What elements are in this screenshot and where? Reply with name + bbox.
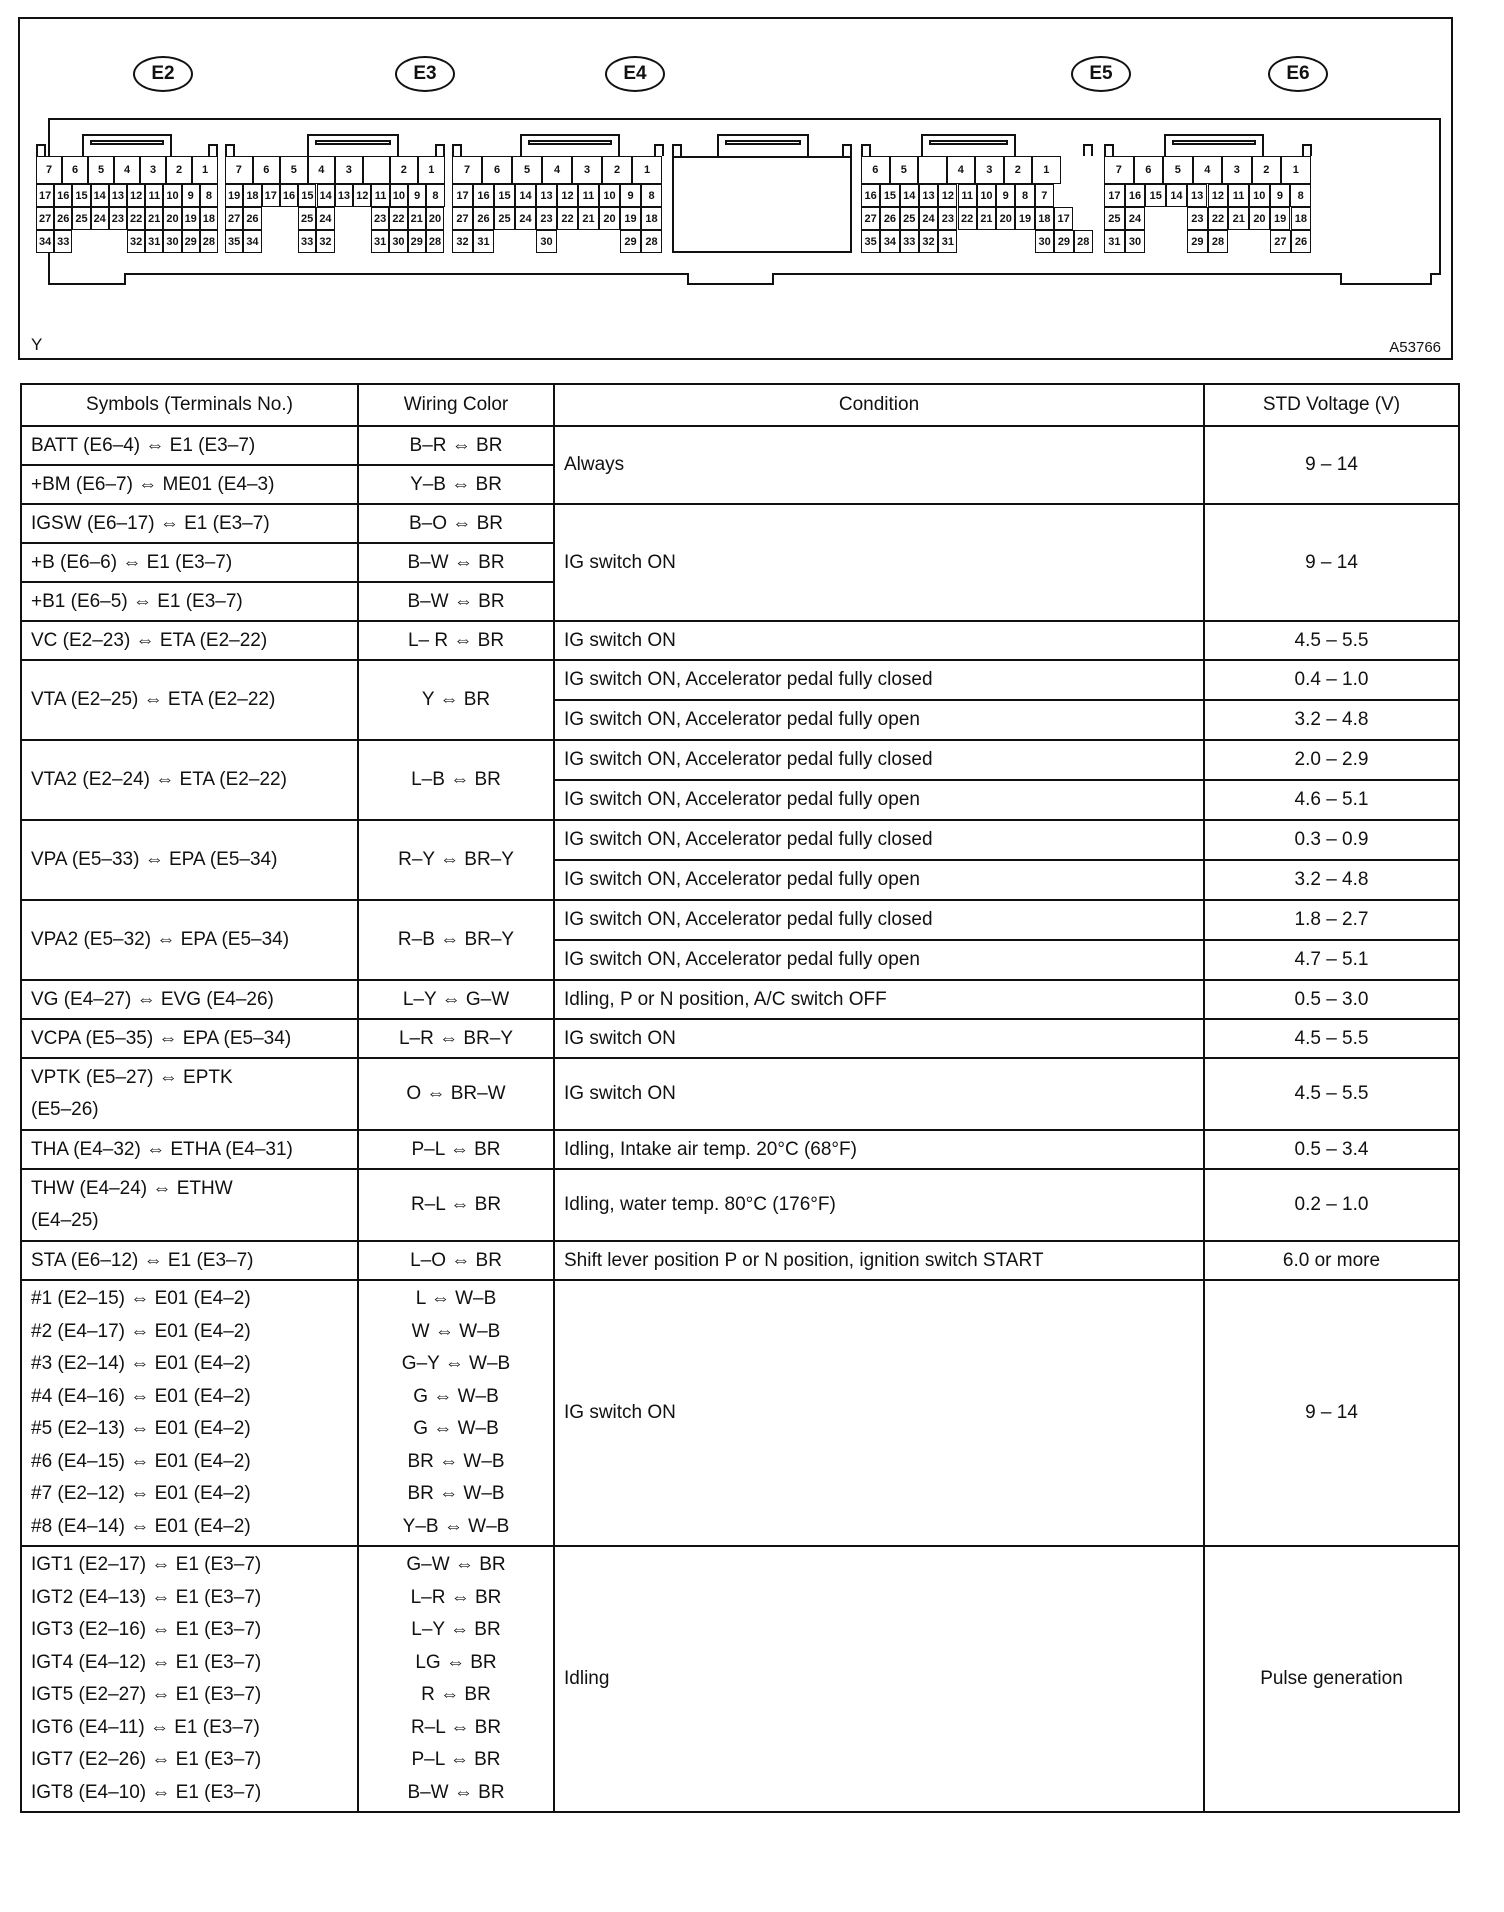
wiring-color-item: R ⇔ BR bbox=[368, 1679, 544, 1712]
terminal-pin: 5 bbox=[512, 156, 542, 184]
terminal-pin: 26 bbox=[243, 207, 261, 230]
terminal-pin: 29 bbox=[1187, 230, 1208, 253]
terminal-pin: 32 bbox=[316, 230, 334, 253]
connector-ear bbox=[225, 144, 235, 156]
connector-latch bbox=[520, 134, 620, 156]
terminal-pin: 24 bbox=[515, 207, 536, 230]
wiring-color-cell: L–Y ⇔ G–W bbox=[358, 980, 554, 1019]
terminal-pin: 27 bbox=[1270, 230, 1291, 253]
terminal-pin: 18 bbox=[1291, 207, 1312, 230]
table-row: VC (E2–23) ⇔ ETA (E2–22)L– R ⇔ BRIG swit… bbox=[21, 621, 1459, 660]
voltage-cell: 4.5 – 5.5 bbox=[1204, 1058, 1459, 1130]
terminal-pin: 6 bbox=[482, 156, 512, 184]
terminal-pin: 17 bbox=[262, 184, 280, 207]
wiring-color-cell: R–L ⇔ BR bbox=[358, 1169, 554, 1241]
condition-cell: IG switch ON bbox=[554, 504, 1204, 621]
terminal-pin: 8 bbox=[426, 184, 444, 207]
voltage-cell: 9 – 14 bbox=[1204, 1280, 1459, 1546]
terminal-pin: 10 bbox=[390, 184, 408, 207]
terminal-pin: 14 bbox=[900, 184, 919, 207]
connector-tag-e6: E6 bbox=[1268, 56, 1328, 92]
terminal-pin: 1 bbox=[192, 156, 218, 184]
symbol-cell: VTA (E2–25) ⇔ ETA (E2–22) bbox=[21, 660, 358, 740]
table-row: VPA2 (E5–32) ⇔ EPA (E5–34)R–B ⇔ BR–YIG s… bbox=[21, 900, 1459, 940]
terminal-pin: 18 bbox=[1035, 207, 1054, 230]
terminal-pin: 28 bbox=[426, 230, 444, 253]
terminal-pin: 22 bbox=[389, 207, 407, 230]
terminal-pin: 1 bbox=[632, 156, 662, 184]
terminal-pin: 7 bbox=[225, 156, 253, 184]
blank-connector-block bbox=[672, 134, 852, 274]
terminal-pin: 21 bbox=[1228, 207, 1249, 230]
symbol-cell: BATT (E6–4) ⇔ E1 (E3–7) bbox=[21, 426, 358, 465]
symbol-item: #3 (E2–14) ⇔ E01 (E4–2) bbox=[31, 1348, 348, 1381]
terminal-pin: 3 bbox=[975, 156, 1004, 184]
wiring-color-list: G–W ⇔ BRL–R ⇔ BRL–Y ⇔ BRLG ⇔ BRR ⇔ BRR–L… bbox=[358, 1546, 554, 1812]
wiring-color-list: L ⇔ W–BW ⇔ W–BG–Y ⇔ W–BG ⇔ W–BG ⇔ W–BBR … bbox=[358, 1280, 554, 1546]
terminal-pin: 2 bbox=[602, 156, 632, 184]
condition-cell: Idling, water temp. 80°C (176°F) bbox=[554, 1169, 1204, 1241]
condition-cell: Shift lever position P or N position, ig… bbox=[554, 1241, 1204, 1280]
connector-tag-e3: E3 bbox=[395, 56, 455, 92]
terminal-pin: 21 bbox=[408, 207, 426, 230]
wiring-color-cell: B–O ⇔ BR bbox=[358, 504, 554, 543]
symbol-cell: VPA (E5–33) ⇔ EPA (E5–34) bbox=[21, 820, 358, 900]
connector-ear bbox=[208, 144, 218, 156]
terminal-pin: 28 bbox=[1074, 230, 1093, 253]
terminal-pin: 24 bbox=[91, 207, 109, 230]
condition-cell: Idling bbox=[554, 1546, 1204, 1812]
wiring-color-item: B–W ⇔ BR bbox=[368, 1777, 544, 1810]
wiring-color-cell: B–W ⇔ BR bbox=[358, 582, 554, 621]
wiring-color-item: L ⇔ W–B bbox=[368, 1283, 544, 1316]
terminal-pin: 14 bbox=[317, 184, 335, 207]
condition-cell: Idling, P or N position, A/C switch OFF bbox=[554, 980, 1204, 1019]
figure-code: A53766 bbox=[1389, 339, 1441, 356]
terminal-pin: 27 bbox=[225, 207, 243, 230]
table-row: VPTK (E5–27) ⇔ EPTK (E5–26)O ⇔ BR–WIG sw… bbox=[21, 1058, 1459, 1130]
terminal-pin: 2 bbox=[166, 156, 192, 184]
voltage-cell: 1.8 – 2.7 bbox=[1204, 900, 1459, 940]
symbol-cell: VTA2 (E2–24) ⇔ ETA (E2–22) bbox=[21, 740, 358, 820]
symbol-item: #8 (E4–14) ⇔ E01 (E4–2) bbox=[31, 1511, 348, 1544]
symbol-cell: VCPA (E5–35) ⇔ EPA (E5–34) bbox=[21, 1019, 358, 1058]
terminal-pin: 4 bbox=[542, 156, 572, 184]
terminal-pin: 20 bbox=[599, 207, 620, 230]
wiring-color-item: W ⇔ W–B bbox=[368, 1316, 544, 1349]
symbol-list: IGT1 (E2–17) ⇔ E1 (E3–7)IGT2 (E4–13) ⇔ E… bbox=[21, 1546, 358, 1812]
connector-ear bbox=[654, 144, 664, 156]
terminal-pin: 2 bbox=[1252, 156, 1282, 184]
terminal-pin: 19 bbox=[182, 207, 200, 230]
symbol-item: IGT7 (E2–26) ⇔ E1 (E3–7) bbox=[31, 1744, 348, 1777]
terminal-pin: 22 bbox=[1208, 207, 1229, 230]
terminal-pin: 12 bbox=[557, 184, 578, 207]
connector-latch bbox=[717, 134, 809, 156]
terminal-pin: 14 bbox=[515, 184, 536, 207]
terminal-pin: 18 bbox=[200, 207, 218, 230]
symbol-list: #1 (E2–15) ⇔ E01 (E4–2)#2 (E4–17) ⇔ E01 … bbox=[21, 1280, 358, 1546]
terminal-pin: 13 bbox=[109, 184, 127, 207]
terminal-pin: 26 bbox=[1291, 230, 1312, 253]
terminal-pin: 18 bbox=[243, 184, 261, 207]
terminal-pin: 21 bbox=[977, 207, 996, 230]
symbol-cell: VPTK (E5–27) ⇔ EPTK (E5–26) bbox=[21, 1058, 358, 1130]
voltage-cell: 0.5 – 3.0 bbox=[1204, 980, 1459, 1019]
terminal-pin: 22 bbox=[958, 207, 977, 230]
terminal-pin: 10 bbox=[977, 184, 996, 207]
wiring-color-item: Y–B ⇔ W–B bbox=[368, 1511, 544, 1544]
symbol-item: IGT5 (E2–27) ⇔ E1 (E3–7) bbox=[31, 1679, 348, 1712]
connector-latch bbox=[1164, 134, 1264, 156]
connector-ear bbox=[36, 144, 46, 156]
terminal-pin: 22 bbox=[127, 207, 145, 230]
terminal-pin: 3 bbox=[572, 156, 602, 184]
terminal-pin: 9 bbox=[1270, 184, 1291, 207]
table-row: VTA2 (E2–24) ⇔ ETA (E2–22)L–B ⇔ BRIG swi… bbox=[21, 740, 1459, 780]
terminal-pin: 32 bbox=[127, 230, 145, 253]
wiring-color-cell: Y ⇔ BR bbox=[358, 660, 554, 740]
terminal-pin: 23 bbox=[536, 207, 557, 230]
connector-e3: 7654321191817161514131211109827262524232… bbox=[225, 134, 445, 274]
terminal-pin: 19 bbox=[620, 207, 641, 230]
condition-cell: Always bbox=[554, 426, 1204, 504]
terminal-pin: 16 bbox=[861, 184, 880, 207]
wiring-color-cell: L–O ⇔ BR bbox=[358, 1241, 554, 1280]
terminal-pin: 26 bbox=[473, 207, 494, 230]
symbol-cell: STA (E6–12) ⇔ E1 (E3–7) bbox=[21, 1241, 358, 1280]
symbol-cell: THW (E4–24) ⇔ ETHW (E4–25) bbox=[21, 1169, 358, 1241]
terminal-pin: 21 bbox=[145, 207, 163, 230]
terminal-pin: 5 bbox=[890, 156, 919, 184]
condition-cell: IG switch ON, Accelerator pedal fully cl… bbox=[554, 740, 1204, 780]
symbol-cell: +BM (E6–7) ⇔ ME01 (E4–3) bbox=[21, 465, 358, 504]
terminal-pin: 9 bbox=[408, 184, 426, 207]
voltage-cell: 4.5 – 5.5 bbox=[1204, 621, 1459, 660]
table-row: VCPA (E5–35) ⇔ EPA (E5–34)L–R ⇔ BR–YIG s… bbox=[21, 1019, 1459, 1058]
terminal-pin: 34 bbox=[880, 230, 899, 253]
terminal-pin: 11 bbox=[145, 184, 163, 207]
condition-cell: IG switch ON, Accelerator pedal fully op… bbox=[554, 940, 1204, 980]
terminal-pin: 4 bbox=[308, 156, 336, 184]
connector-e2: 7654321171615141312111098272625242322212… bbox=[36, 134, 218, 274]
terminal-pin: 15 bbox=[494, 184, 515, 207]
voltage-cell: 3.2 – 4.8 bbox=[1204, 700, 1459, 740]
terminal-pin: 33 bbox=[54, 230, 72, 253]
symbol-cell: +B1 (E6–5) ⇔ E1 (E3–7) bbox=[21, 582, 358, 621]
terminal-pin: 10 bbox=[599, 184, 620, 207]
connector-ear bbox=[452, 144, 462, 156]
terminal-pin: 19 bbox=[1270, 207, 1291, 230]
terminal-pin: 7 bbox=[1104, 156, 1134, 184]
connector-tag-e5: E5 bbox=[1071, 56, 1131, 92]
symbol-cell: THA (E4–32) ⇔ ETHA (E4–31) bbox=[21, 1130, 358, 1169]
connector-e4: 7654321171615141312111098272625242322212… bbox=[452, 134, 664, 274]
voltage-cell: 0.5 – 3.4 bbox=[1204, 1130, 1459, 1169]
wiring-color-cell: L–B ⇔ BR bbox=[358, 740, 554, 820]
terminal-pin: 22 bbox=[557, 207, 578, 230]
connector-ear bbox=[842, 144, 852, 156]
wiring-color-item: G–W ⇔ BR bbox=[368, 1549, 544, 1582]
wiring-color-cell: L–R ⇔ BR–Y bbox=[358, 1019, 554, 1058]
terminal-pin: 15 bbox=[1145, 184, 1166, 207]
terminal-pin: 32 bbox=[919, 230, 938, 253]
voltage-cell: 3.2 – 4.8 bbox=[1204, 860, 1459, 900]
connector-latch bbox=[307, 134, 399, 156]
terminal-pin: 12 bbox=[1208, 184, 1229, 207]
terminal-pin: 5 bbox=[280, 156, 308, 184]
terminal-pin: 8 bbox=[1290, 184, 1311, 207]
voltage-cell: 4.7 – 5.1 bbox=[1204, 940, 1459, 980]
voltage-cell: 4.5 – 5.5 bbox=[1204, 1019, 1459, 1058]
voltage-cell: 4.6 – 5.1 bbox=[1204, 780, 1459, 820]
wiring-color-cell: R–Y ⇔ BR–Y bbox=[358, 820, 554, 900]
terminal-pin: 11 bbox=[958, 184, 977, 207]
voltage-cell: Pulse generation bbox=[1204, 1546, 1459, 1812]
terminal-pin: 11 bbox=[371, 184, 389, 207]
housing-tab bbox=[48, 273, 126, 285]
symbol-item: IGT8 (E4–10) ⇔ E1 (E3–7) bbox=[31, 1777, 348, 1810]
terminal-pin: 17 bbox=[1104, 184, 1125, 207]
wiring-color-item: R–L ⇔ BR bbox=[368, 1712, 544, 1745]
wiring-color-item: G–Y ⇔ W–B bbox=[368, 1348, 544, 1381]
terminal-pin: 8 bbox=[1015, 184, 1034, 207]
terminal-pin: 30 bbox=[1125, 230, 1146, 253]
terminal-pin: 4 bbox=[114, 156, 140, 184]
terminal-pin: 7 bbox=[452, 156, 482, 184]
wiring-color-item: G ⇔ W–B bbox=[368, 1413, 544, 1446]
terminal-pin: 29 bbox=[408, 230, 426, 253]
terminal-pin: 15 bbox=[880, 184, 899, 207]
table-body: BATT (E6–4) ⇔ E1 (E3–7)B–R ⇔ BRAlways9 –… bbox=[21, 426, 1459, 1812]
terminal-pin: 30 bbox=[536, 230, 557, 253]
condition-cell: IG switch ON, Accelerator pedal fully cl… bbox=[554, 660, 1204, 700]
table-row: VPA (E5–33) ⇔ EPA (E5–34)R–Y ⇔ BR–YIG sw… bbox=[21, 820, 1459, 860]
connector-tag-e2: E2 bbox=[133, 56, 193, 92]
terminal-pin: 1 bbox=[418, 156, 446, 184]
terminal-pin: 31 bbox=[938, 230, 957, 253]
terminal-pin: 10 bbox=[163, 184, 181, 207]
terminal-pin: 20 bbox=[996, 207, 1015, 230]
terminal-pin: 23 bbox=[938, 207, 957, 230]
terminal-pin: 20 bbox=[426, 207, 444, 230]
terminal-pin: 1 bbox=[1281, 156, 1311, 184]
terminal-pin: 20 bbox=[163, 207, 181, 230]
wiring-color-item: G ⇔ W–B bbox=[368, 1381, 544, 1414]
housing-tab bbox=[687, 273, 774, 285]
terminal-pin: 33 bbox=[900, 230, 919, 253]
terminal-pin: 17 bbox=[1054, 207, 1073, 230]
wiring-color-item: BR ⇔ W–B bbox=[368, 1446, 544, 1479]
wiring-color-cell: B–W ⇔ BR bbox=[358, 543, 554, 582]
terminal-pin: 23 bbox=[109, 207, 127, 230]
header-symbols: Symbols (Terminals No.) bbox=[21, 384, 358, 426]
terminal-pin: 24 bbox=[316, 207, 334, 230]
terminal-pin: 13 bbox=[1187, 184, 1208, 207]
connector-diagram: E2 E3 E4 E5 E6 7654321171615141312111098… bbox=[18, 17, 1453, 360]
terminal-pin: 25 bbox=[72, 207, 90, 230]
condition-cell: IG switch ON bbox=[554, 1058, 1204, 1130]
terminal-pin: 11 bbox=[1228, 184, 1249, 207]
symbol-item: #2 (E4–17) ⇔ E01 (E4–2) bbox=[31, 1316, 348, 1349]
symbol-item: IGT1 (E2–17) ⇔ E1 (E3–7) bbox=[31, 1549, 348, 1582]
terminal-pin: 24 bbox=[1125, 207, 1146, 230]
voltage-cell: 2.0 – 2.9 bbox=[1204, 740, 1459, 780]
symbol-cell: IGSW (E6–17) ⇔ E1 (E3–7) bbox=[21, 504, 358, 543]
wiring-color-item: L–R ⇔ BR bbox=[368, 1582, 544, 1615]
condition-cell: IG switch ON bbox=[554, 1019, 1204, 1058]
terminal-pin: 19 bbox=[225, 184, 243, 207]
terminal-pin: 30 bbox=[389, 230, 407, 253]
terminal-pin: 4 bbox=[947, 156, 976, 184]
connector-ear bbox=[1302, 144, 1312, 156]
terminal-pin: 10 bbox=[1249, 184, 1270, 207]
terminal-pin: 25 bbox=[494, 207, 515, 230]
connector-e6: 7654321171615141312111098252423222120191… bbox=[1104, 134, 1312, 274]
wiring-color-cell: L– R ⇔ BR bbox=[358, 621, 554, 660]
condition-cell: IG switch ON, Accelerator pedal fully op… bbox=[554, 780, 1204, 820]
terminal-pin: 31 bbox=[145, 230, 163, 253]
terminal-pin: 24 bbox=[919, 207, 938, 230]
condition-cell: IG switch ON, Accelerator pedal fully cl… bbox=[554, 900, 1204, 940]
terminal-pin: 2 bbox=[390, 156, 418, 184]
wiring-color-cell: R–B ⇔ BR–Y bbox=[358, 900, 554, 980]
terminal-pin: 29 bbox=[182, 230, 200, 253]
terminal-pin: 14 bbox=[91, 184, 109, 207]
terminal-pin: 1 bbox=[1032, 156, 1061, 184]
terminal-pin: 6 bbox=[62, 156, 88, 184]
terminal-pin: 16 bbox=[54, 184, 72, 207]
symbol-item: #5 (E2–13) ⇔ E01 (E4–2) bbox=[31, 1413, 348, 1446]
voltage-cell: 0.2 – 1.0 bbox=[1204, 1169, 1459, 1241]
terminal-pin: 29 bbox=[620, 230, 641, 253]
connector-latch bbox=[921, 134, 1016, 156]
symbol-item: IGT4 (E4–12) ⇔ E1 (E3–7) bbox=[31, 1647, 348, 1680]
ignition-block: IGT1 (E2–17) ⇔ E1 (E3–7)IGT2 (E4–13) ⇔ E… bbox=[21, 1546, 1459, 1812]
terminal-pin: 17 bbox=[36, 184, 54, 207]
header-condition: Condition bbox=[554, 384, 1204, 426]
terminal-pin: 31 bbox=[473, 230, 494, 253]
table-row: IGSW (E6–17) ⇔ E1 (E3–7)B–O ⇔ BRIG switc… bbox=[21, 504, 1459, 543]
symbol-item: #6 (E4–15) ⇔ E01 (E4–2) bbox=[31, 1446, 348, 1479]
wiring-color-item: BR ⇔ W–B bbox=[368, 1478, 544, 1511]
terminal-pin: 35 bbox=[861, 230, 880, 253]
terminal-pin: 14 bbox=[1166, 184, 1187, 207]
terminal-pin: 8 bbox=[641, 184, 662, 207]
table-header-row: Symbols (Terminals No.) Wiring Color Con… bbox=[21, 384, 1459, 426]
terminal-pin: 35 bbox=[225, 230, 243, 253]
terminal-pin: 13 bbox=[335, 184, 353, 207]
voltage-cell: 0.3 – 0.9 bbox=[1204, 820, 1459, 860]
terminal-pin: 6 bbox=[861, 156, 890, 184]
injector-block: #1 (E2–15) ⇔ E01 (E4–2)#2 (E4–17) ⇔ E01 … bbox=[21, 1280, 1459, 1546]
condition-cell: IG switch ON bbox=[554, 621, 1204, 660]
symbol-cell: VPA2 (E5–32) ⇔ EPA (E5–34) bbox=[21, 900, 358, 980]
table-row: BATT (E6–4) ⇔ E1 (E3–7)B–R ⇔ BRAlways9 –… bbox=[21, 426, 1459, 465]
terminal-pin: 28 bbox=[1208, 230, 1229, 253]
symbol-item: #7 (E2–12) ⇔ E01 (E4–2) bbox=[31, 1478, 348, 1511]
connector-e5: 6543211615141312111098727262524232221201… bbox=[861, 134, 1093, 274]
wiring-color-cell: B–R ⇔ BR bbox=[358, 426, 554, 465]
terminal-pin: 4 bbox=[1193, 156, 1223, 184]
terminal-pin: 27 bbox=[452, 207, 473, 230]
terminal-pin: 15 bbox=[298, 184, 316, 207]
terminal-pin: 33 bbox=[298, 230, 316, 253]
terminal-pin: 20 bbox=[1249, 207, 1270, 230]
terminal-pin: 29 bbox=[1054, 230, 1073, 253]
symbol-item: IGT2 (E4–13) ⇔ E1 (E3–7) bbox=[31, 1582, 348, 1615]
table-row: THW (E4–24) ⇔ ETHW (E4–25)R–L ⇔ BRIdling… bbox=[21, 1169, 1459, 1241]
header-wiring-color: Wiring Color bbox=[358, 384, 554, 426]
connector-ear bbox=[435, 144, 445, 156]
terminal-pin: 34 bbox=[243, 230, 261, 253]
housing-tab bbox=[1340, 273, 1432, 285]
terminal-pin: 21 bbox=[578, 207, 599, 230]
symbol-item: IGT6 (E4–11) ⇔ E1 (E3–7) bbox=[31, 1712, 348, 1745]
symbol-cell: VC (E2–23) ⇔ ETA (E2–22) bbox=[21, 621, 358, 660]
terminal-pin: 16 bbox=[1125, 184, 1146, 207]
connector-ear bbox=[672, 144, 682, 156]
condition-cell: IG switch ON, Accelerator pedal fully op… bbox=[554, 860, 1204, 900]
symbol-item: #1 (E2–15) ⇔ E01 (E4–2) bbox=[31, 1283, 348, 1316]
terminal-pin: 32 bbox=[452, 230, 473, 253]
condition-cell: IG switch ON bbox=[554, 1280, 1204, 1546]
figure-corner-label: Y bbox=[31, 335, 42, 355]
terminal-pin: 2 bbox=[1004, 156, 1033, 184]
terminal-pin: 25 bbox=[900, 207, 919, 230]
terminal-pin: 25 bbox=[298, 207, 316, 230]
condition-cell: IG switch ON, Accelerator pedal fully cl… bbox=[554, 820, 1204, 860]
terminal-pin: 25 bbox=[1104, 207, 1125, 230]
terminal-pin: 6 bbox=[253, 156, 281, 184]
terminal-pin: 16 bbox=[473, 184, 494, 207]
terminal-pin: 26 bbox=[880, 207, 899, 230]
terminal-pin: 28 bbox=[200, 230, 218, 253]
connector-ear bbox=[861, 144, 871, 156]
voltage-cell: 0.4 – 1.0 bbox=[1204, 660, 1459, 700]
blank-cavity bbox=[672, 156, 852, 253]
terminal-pin: 18 bbox=[641, 207, 662, 230]
voltage-cell: 6.0 or more bbox=[1204, 1241, 1459, 1280]
terminal-pin: 8 bbox=[200, 184, 218, 207]
table-row: VTA (E2–25) ⇔ ETA (E2–22)Y ⇔ BRIG switch… bbox=[21, 660, 1459, 700]
condition-cell: Idling, Intake air temp. 20°C (68°F) bbox=[554, 1130, 1204, 1169]
terminal-pin: 31 bbox=[371, 230, 389, 253]
terminal-pin: 16 bbox=[280, 184, 298, 207]
terminal-pin: 12 bbox=[938, 184, 957, 207]
table-row: THA (E4–32) ⇔ ETHA (E4–31)P–L ⇔ BRIdling… bbox=[21, 1130, 1459, 1169]
voltage-cell: 9 – 14 bbox=[1204, 504, 1459, 621]
terminal-pin: 15 bbox=[72, 184, 90, 207]
terminal-pin: 7 bbox=[1035, 184, 1054, 207]
terminal-pin: 9 bbox=[620, 184, 641, 207]
terminal-pin: 27 bbox=[861, 207, 880, 230]
table-row: VG (E4–27) ⇔ EVG (E4–26)L–Y ⇔ G–WIdling,… bbox=[21, 980, 1459, 1019]
terminal-pin: 7 bbox=[36, 156, 62, 184]
symbol-item: IGT3 (E2–16) ⇔ E1 (E3–7) bbox=[31, 1614, 348, 1647]
terminal-pin: 23 bbox=[371, 207, 389, 230]
wiring-color-item: P–L ⇔ BR bbox=[368, 1744, 544, 1777]
terminal-pin: 3 bbox=[1222, 156, 1252, 184]
terminal-pin: 12 bbox=[127, 184, 145, 207]
terminal-pin: 6 bbox=[1134, 156, 1164, 184]
wiring-color-item: LG ⇔ BR bbox=[368, 1647, 544, 1680]
terminal-pin: 30 bbox=[163, 230, 181, 253]
terminal-pin: 23 bbox=[1187, 207, 1208, 230]
terminal-pin: 12 bbox=[353, 184, 371, 207]
terminal-pin: 5 bbox=[88, 156, 114, 184]
terminal-pin: 17 bbox=[452, 184, 473, 207]
